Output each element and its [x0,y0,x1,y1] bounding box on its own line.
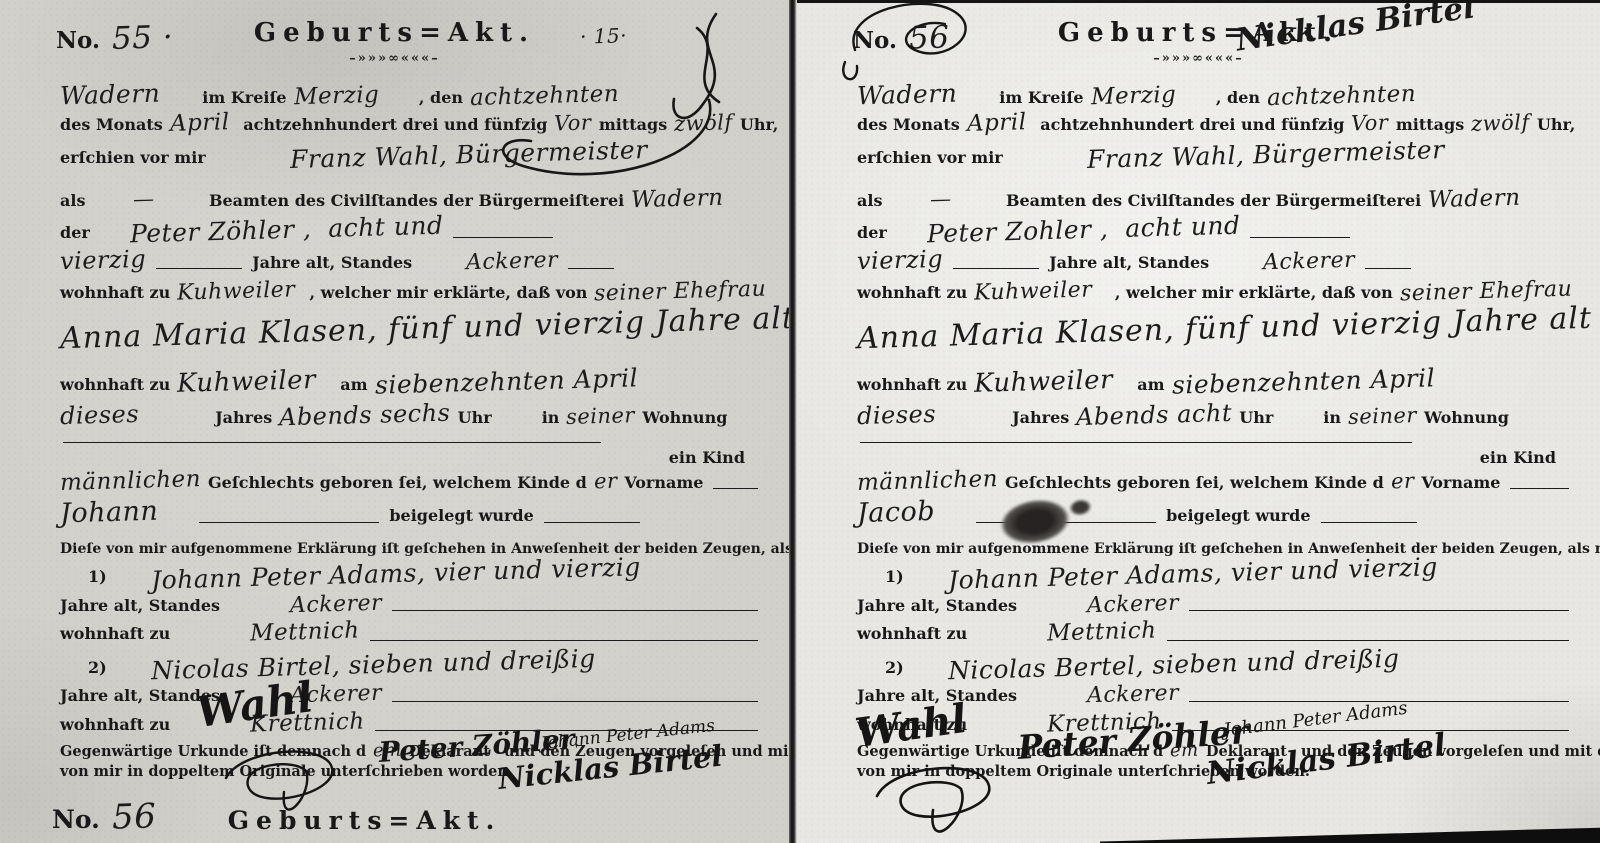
handwritten-entry: Nicolas Birtel, sieben und dreißig [150,643,595,685]
form-line: von mir in doppeltem Originale unterſchr… [0,763,789,780]
form-line: Jahre alt, StandesAckerer [797,682,1600,708]
scanned-birth-register: No. 55 · Geburts=Akt. –»»»∞«««– · 15· Wa… [0,0,1600,843]
blank-rule [199,518,379,523]
scan-edge [797,0,1600,3]
handwritten-entry: dieses [60,400,140,431]
handwritten-entry: dieses [857,400,937,431]
next-record-header: No. 56 Geburts=Akt. [0,779,789,843]
printed-form-text: der [60,224,90,243]
printed-form-text: von mir in doppeltem Originale unterſchr… [857,763,1310,780]
printed-form-text: wohnhaft zu [60,376,170,395]
handwritten-entry: Ackerer [1087,681,1180,710]
handwritten-entry: Johann Peter Adams, vier und vierzig [947,552,1437,595]
form-line: wohnhaft zuKuhweileramsiebenzehnten Apri… [797,367,1600,398]
printed-form-text: , welcher mir erklärte, daß von [310,284,588,303]
blank-rule [544,518,640,523]
form-line: Jahre alt, StandesAckerer [0,592,789,618]
blank-rule [156,264,242,269]
printed-form-text: Wohnung [642,409,727,428]
previous-record-paraph-icon [833,0,1073,83]
printed-form-text: ein Kind [1480,449,1556,468]
printed-form-text: am [340,376,367,395]
blank-rule [860,438,1412,443]
form-line: wohnhaft zuMettnich [0,619,789,646]
printed-form-text: Dieſe von mir aufgenommene Erklärung iſt… [857,541,1600,558]
printed-form-text: wohnhaft zu [857,284,967,303]
record-header: No. 55 · Geburts=Akt. –»»»∞«««– · 15· [0,0,789,78]
blank-rule [1321,518,1417,523]
printed-form-text: und den Zeugen vorgeleſen und mit denſel… [1301,743,1600,760]
printed-form-text: als [857,192,882,211]
form-line: 1)Johann Peter Adams, vier und vierzig [797,559,1600,589]
form-line: 2)Nicolas Birtel, sieben und dreißig [0,650,789,680]
printed-form-text: 2) [88,659,107,678]
form-line: wohnhaft zuKrettnich [0,710,789,737]
form-line: wohnhaft zuKuhweiler, welcher mir erklär… [797,279,1600,305]
printed-form-text: erſchien vor mir [60,149,206,168]
form-line: männlichenGeſchlechts geboren ſei, welch… [0,468,789,495]
handwritten-entry: Wadern [1428,184,1521,214]
form-line: Dieſe von mir aufgenommene Erklärung iſt… [0,541,789,558]
printed-form-text: Dieſe von mir aufgenommene Erklärung iſt… [60,541,789,558]
register-page-left: No. 55 · Geburts=Akt. –»»»∞«««– · 15· Wa… [0,0,789,843]
printed-form-text: 1) [885,568,904,587]
printed-form-text: Jahre alt, Standes [857,597,1017,616]
blank-rule [375,726,758,731]
handwritten-entry: Krettnich [250,708,365,738]
handwritten-entry: Vor [1351,111,1389,137]
form-line: diesesJahresAbends achtUhrinseinerWohnun… [797,401,1600,429]
printed-form-text: ein Kind [669,449,745,468]
blank-rule [1189,697,1569,702]
printed-form-text: , den [419,89,463,108]
handwritten-entry: Ackerer [290,590,383,619]
form-line: Johannbeigelegt wurde [0,497,789,529]
form-line: des MonatsAprilachtzehnhundert drei und … [797,110,1600,137]
printed-form-text: mittags [1396,116,1464,135]
printed-form-text: Vorname [624,474,703,493]
printed-form-text: beigelegt wurde [1166,507,1310,526]
handwritten-entry: siebenzehnten April [374,363,638,400]
printed-form-text: Uhr [458,409,492,428]
printed-form-text: Wohnung [1424,409,1509,428]
printed-form-text: in [1323,409,1341,428]
next-record-title: Geburts=Akt. [0,806,729,835]
form-line: männlichenGeſchlechts geboren ſei, welch… [797,468,1600,495]
printed-form-text: Jahre alt, Standes [60,597,220,616]
printed-form-text: von mir in doppeltem Originale unterſchr… [60,763,513,780]
form-line: wohnhaft zuMettnich [797,619,1600,646]
handwritten-entry: vierzig [857,245,944,276]
form-line: ein Kind [797,449,1600,468]
blank-rule [1167,636,1569,641]
handwritten-entry: Anna Maria Klasen, fünf und vierzig Jahr… [857,301,1593,357]
printed-form-text: , den [1216,89,1260,108]
handwritten-entry: Ackerer [290,681,383,710]
form-line: diesesJahresAbends sechsUhrinseinerWohnu… [0,401,789,429]
handwritten-entry: Abends sechs [279,399,451,432]
printed-form-text: wohnhaft zu [60,716,170,735]
printed-form-text: des Monats [60,116,163,135]
printed-form-text: beigelegt wurde [389,507,533,526]
handwritten-entry: er [1391,468,1415,493]
printed-form-text: des Monats [857,116,960,135]
form-line: 1)Johann Peter Adams, vier und vierzig [0,559,789,589]
printed-form-text: Jahre alt, Standes [1049,254,1209,273]
form-body: Wadernim KreiſeMerzig, denachtzehntendes… [797,78,1600,781]
printed-form-text: Jahres [1012,409,1069,428]
blank-rule [568,264,614,269]
handwritten-entry: Ackerer [1087,590,1180,619]
form-line: Gegenwärtige Urkunde iſt demnach demDekl… [797,740,1600,761]
handwritten-entry: Ackerer [1263,248,1356,277]
handwritten-entry: Nicolas Bertel, sieben und dreißig [947,643,1399,685]
printed-form-text: Vorname [1421,474,1500,493]
blank-rule [63,438,601,443]
form-line: Gegenwärtige Urkunde iſt demnach demDekl… [0,740,789,761]
handwritten-entry: Wadern [60,79,161,111]
printed-form-text: Jahre alt, Standes [857,687,1017,706]
form-line: wohnhaft zuKrettnich [797,710,1600,737]
printed-form-text: 2) [885,659,904,678]
printed-form-text: 1) [88,568,107,587]
printed-form-text: Jahres [215,409,272,428]
printed-form-text: Geſchlechts geboren ſei, welchem Kinde d [208,474,587,493]
handwritten-entry: — [930,186,952,211]
blank-rule [713,484,758,489]
handwritten-entry: Johann Peter Adams, vier und vierzig [150,552,640,595]
blank-rule [953,264,1039,269]
blank-rule [370,636,758,641]
printed-form-text: als [60,192,85,211]
register-page-right: No. 56 Geburts=Akt. –»»»∞«««– Nicklas Bi… [797,0,1600,843]
form-line: Dieſe von mir aufgenommene Erklärung iſt… [797,541,1600,558]
printed-form-text: im Kreiſe [202,89,286,108]
handwritten-entry: Merzig [293,82,379,111]
blank-rule [1250,233,1350,238]
form-line: vierzigJahre alt, StandesAckerer [797,246,1600,275]
form-line: erſchien vor mirFranz Wahl, Bürgermeiste… [797,140,1600,170]
handwritten-entry: Kuhweiler [974,278,1093,307]
printed-form-text: wohnhaft zu [60,625,170,644]
blank-rule [1189,606,1569,611]
handwritten-entry: Peter Zöhler , acht und [129,211,443,249]
printed-form-text: Geſchlechts geboren ſei, welchem Kinde d [1005,474,1384,493]
form-line: von mir in doppeltem Originale unterſchr… [797,763,1600,780]
blank-rule [1510,484,1569,489]
form-line: derPeter Zohler , acht und [797,215,1600,245]
printed-form-text: Uhr, [1537,116,1575,135]
form-line [797,438,1600,449]
form-line: Jahre alt, StandesAckerer [797,592,1600,618]
handwritten-entry: April [169,109,229,138]
blank-rule [392,606,758,611]
form-line: Wadernim KreiſeMerzig, denachtzehnten [797,80,1600,110]
handwritten-entry: Krettnich [1047,708,1162,738]
blank-rule [392,697,758,702]
handwritten-entry: er [594,468,618,493]
handwritten-entry: Abends acht [1076,399,1233,432]
handwritten-entry: zwölf [1471,110,1530,136]
handwritten-entry: seiner [1348,403,1418,430]
handwritten-entry: Mettnich [1047,618,1157,648]
printed-form-text: Uhr [1239,409,1273,428]
handwritten-entry: Ackerer [466,248,559,277]
handwritten-entry: Anna Maria Klasen, fünf und vierzig Jahr… [60,301,789,357]
form-line: als—Beamten des Civilſtandes der Bürgerm… [797,186,1600,213]
handwritten-entry: Mettnich [250,618,360,648]
printed-form-text: , welcher mir erklärte, daß von [1115,284,1393,303]
page-gutter [789,0,797,843]
printed-form-text: erſchien vor mir [857,149,1003,168]
blank-rule [1365,264,1411,269]
form-line: 2)Nicolas Bertel, sieben und dreißig [797,650,1600,680]
form-line: Jahre alt, StandesAckerer [0,682,789,708]
printed-form-text: wohnhaft zu [857,376,967,395]
printed-form-text: Gegenwärtige Urkunde iſt demnach d [60,743,366,760]
printed-form-text: Gegenwärtige Urkunde iſt demnach d [857,743,1163,760]
form-line: wohnhaft zuKuhweileramsiebenzehnten Apri… [0,367,789,398]
form-line: vierzigJahre alt, StandesAckerer [0,246,789,275]
handwritten-entry: April [966,109,1026,138]
handwritten-entry: männlichen [60,466,202,497]
handwritten-entry: Wadern [857,79,958,111]
handwritten-entry: vierzig [60,245,147,276]
printed-form-text: Deklarant [1206,743,1287,760]
printed-form-text: der [857,224,887,243]
handwritten-entry: — [133,186,155,211]
handwritten-entry: siebenzehnten April [1171,363,1435,400]
handwritten-entry: seiner [566,403,636,430]
handwritten-entry: Kuhweiler [177,365,317,400]
form-line: Jacobbeigelegt wurde [797,497,1600,529]
form-line: ein Kind [0,449,789,468]
printed-form-text: in [542,409,560,428]
printed-form-text: wohnhaft zu [60,284,170,303]
handwritten-entry: achtzehnten [1267,81,1417,112]
handwritten-entry: Kuhweiler [177,278,296,307]
handwritten-entry: Kuhweiler [974,365,1114,400]
registrar-flourish-icon [461,0,761,250]
handwritten-entry: Johann [60,495,159,530]
printed-form-text: achtzehnhundert drei und fünfzig [1040,116,1344,135]
handwritten-entry: männlichen [857,466,999,497]
printed-form-text: am [1137,376,1164,395]
handwritten-entry: em [1170,740,1199,762]
printed-form-text: im Kreiſe [999,89,1083,108]
handwritten-entry: Merzig [1090,82,1176,111]
printed-form-text: und den Zeugen vorgeleſen und mit denſel… [504,743,789,760]
printed-form-text: Beamten des Civilſtandes der Bürgermeiſt… [1006,192,1421,211]
printed-form-text: Jahre alt, Standes [60,687,220,706]
printed-form-text: wohnhaft zu [857,716,967,735]
printed-form-text: Deklarant [409,743,490,760]
blank-rule [1172,726,1569,731]
form-line [0,438,789,449]
form-line: Anna Maria Klasen, fünf und vierzig Jahr… [797,311,1600,346]
printed-form-text: Jahre alt, Standes [252,254,412,273]
handwritten-entry: Franz Wahl, Bürgermeister [1086,135,1444,174]
handwritten-entry: em [373,740,402,762]
form-line: wohnhaft zuKuhweiler, welcher mir erklär… [0,279,789,305]
form-line: Anna Maria Klasen, fünf und vierzig Jahr… [0,311,789,346]
handwritten-entry: Peter Zohler , acht und [926,211,1240,249]
handwritten-entry: Jacob [857,496,936,530]
printed-form-text: wohnhaft zu [857,625,967,644]
